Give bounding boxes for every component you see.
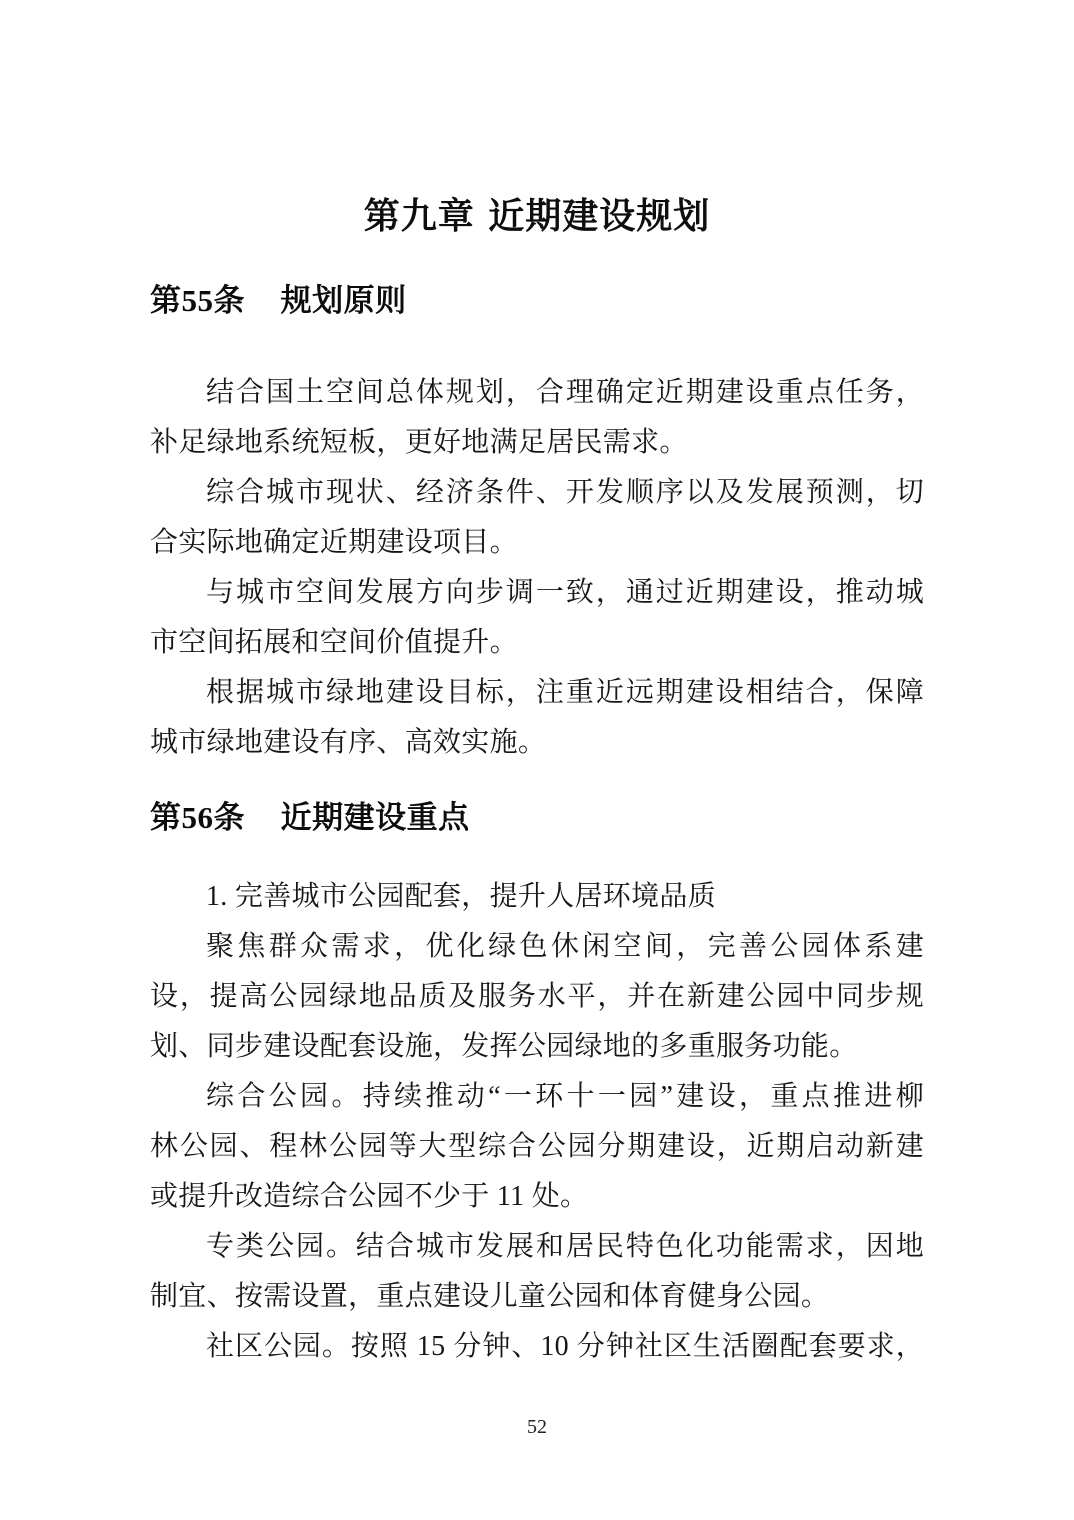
text-line: 或提升改造综合公园不少于 11 处。 — [150, 1172, 924, 1222]
text-line: 城市绿地建设有序、高效实施。 — [150, 718, 924, 768]
article-55-title: 规划原则 — [281, 283, 407, 318]
text-line: 聚焦群众需求，优化绿色休闲空间，完善公园体系建 — [150, 922, 924, 972]
text-line: 社区公园。按照 15 分钟、10 分钟社区生活圈配套要求， — [150, 1322, 924, 1372]
text-line: 根据城市绿地建设目标，注重近远期建设相结合，保障 — [150, 668, 924, 718]
text-line: 制宜、按需设置，重点建设儿童公园和体育健身公园。 — [150, 1272, 924, 1322]
text-line: 合实际地确定近期建设项目。 — [150, 518, 924, 568]
article-56-body: 1. 完善城市公园配套，提升人居环境品质 聚焦群众需求，优化绿色休闲空间，完善公… — [150, 872, 924, 1372]
text-line: 与城市空间发展方向步调一致，通过近期建设，推动城 — [150, 568, 924, 618]
text-line: 划、同步建设配套设施，发挥公园绿地的多重服务功能。 — [150, 1022, 924, 1072]
text-line: 林公园、程林公园等大型综合公园分期建设，近期启动新建 — [150, 1122, 924, 1172]
article-55-number: 第55条 — [150, 278, 245, 324]
text-line: 综合城市现状、经济条件、开发顺序以及发展预测，切 — [150, 468, 924, 518]
page-content: 第九章 近期建设规划 第55条规划原则 结合国土空间总体规划，合理确定近期建设重… — [0, 0, 1074, 1372]
chapter-title: 第九章 近期建设规划 — [150, 193, 924, 241]
text-line: 市空间拓展和空间价值提升。 — [150, 618, 924, 668]
text-line: 综合公园。持续推动“一环十一园”建设，重点推进柳 — [150, 1072, 924, 1122]
text-line: 专类公园。结合城市发展和居民特色化功能需求，因地 — [150, 1222, 924, 1272]
article-55-body: 结合国土空间总体规划，合理确定近期建设重点任务， 补足绿地系统短板，更好地满足居… — [150, 368, 924, 768]
list-item-line: 1. 完善城市公园配套，提升人居环境品质 — [150, 872, 924, 922]
article-56-title: 近期建设重点 — [281, 800, 470, 835]
article-56-number: 第56条 — [150, 795, 245, 841]
document-page: 第九章 近期建设规划 第55条规划原则 结合国土空间总体规划，合理确定近期建设重… — [0, 0, 1074, 1520]
page-number: 52 — [0, 1413, 1074, 1441]
text-line: 结合国土空间总体规划，合理确定近期建设重点任务， — [150, 368, 924, 418]
article-55-heading: 第55条规划原则 — [150, 278, 924, 324]
text-line: 补足绿地系统短板，更好地满足居民需求。 — [150, 418, 924, 468]
article-56-heading: 第56条近期建设重点 — [150, 795, 924, 841]
text-line: 设，提高公园绿地品质及服务水平，并在新建公园中同步规 — [150, 972, 924, 1022]
